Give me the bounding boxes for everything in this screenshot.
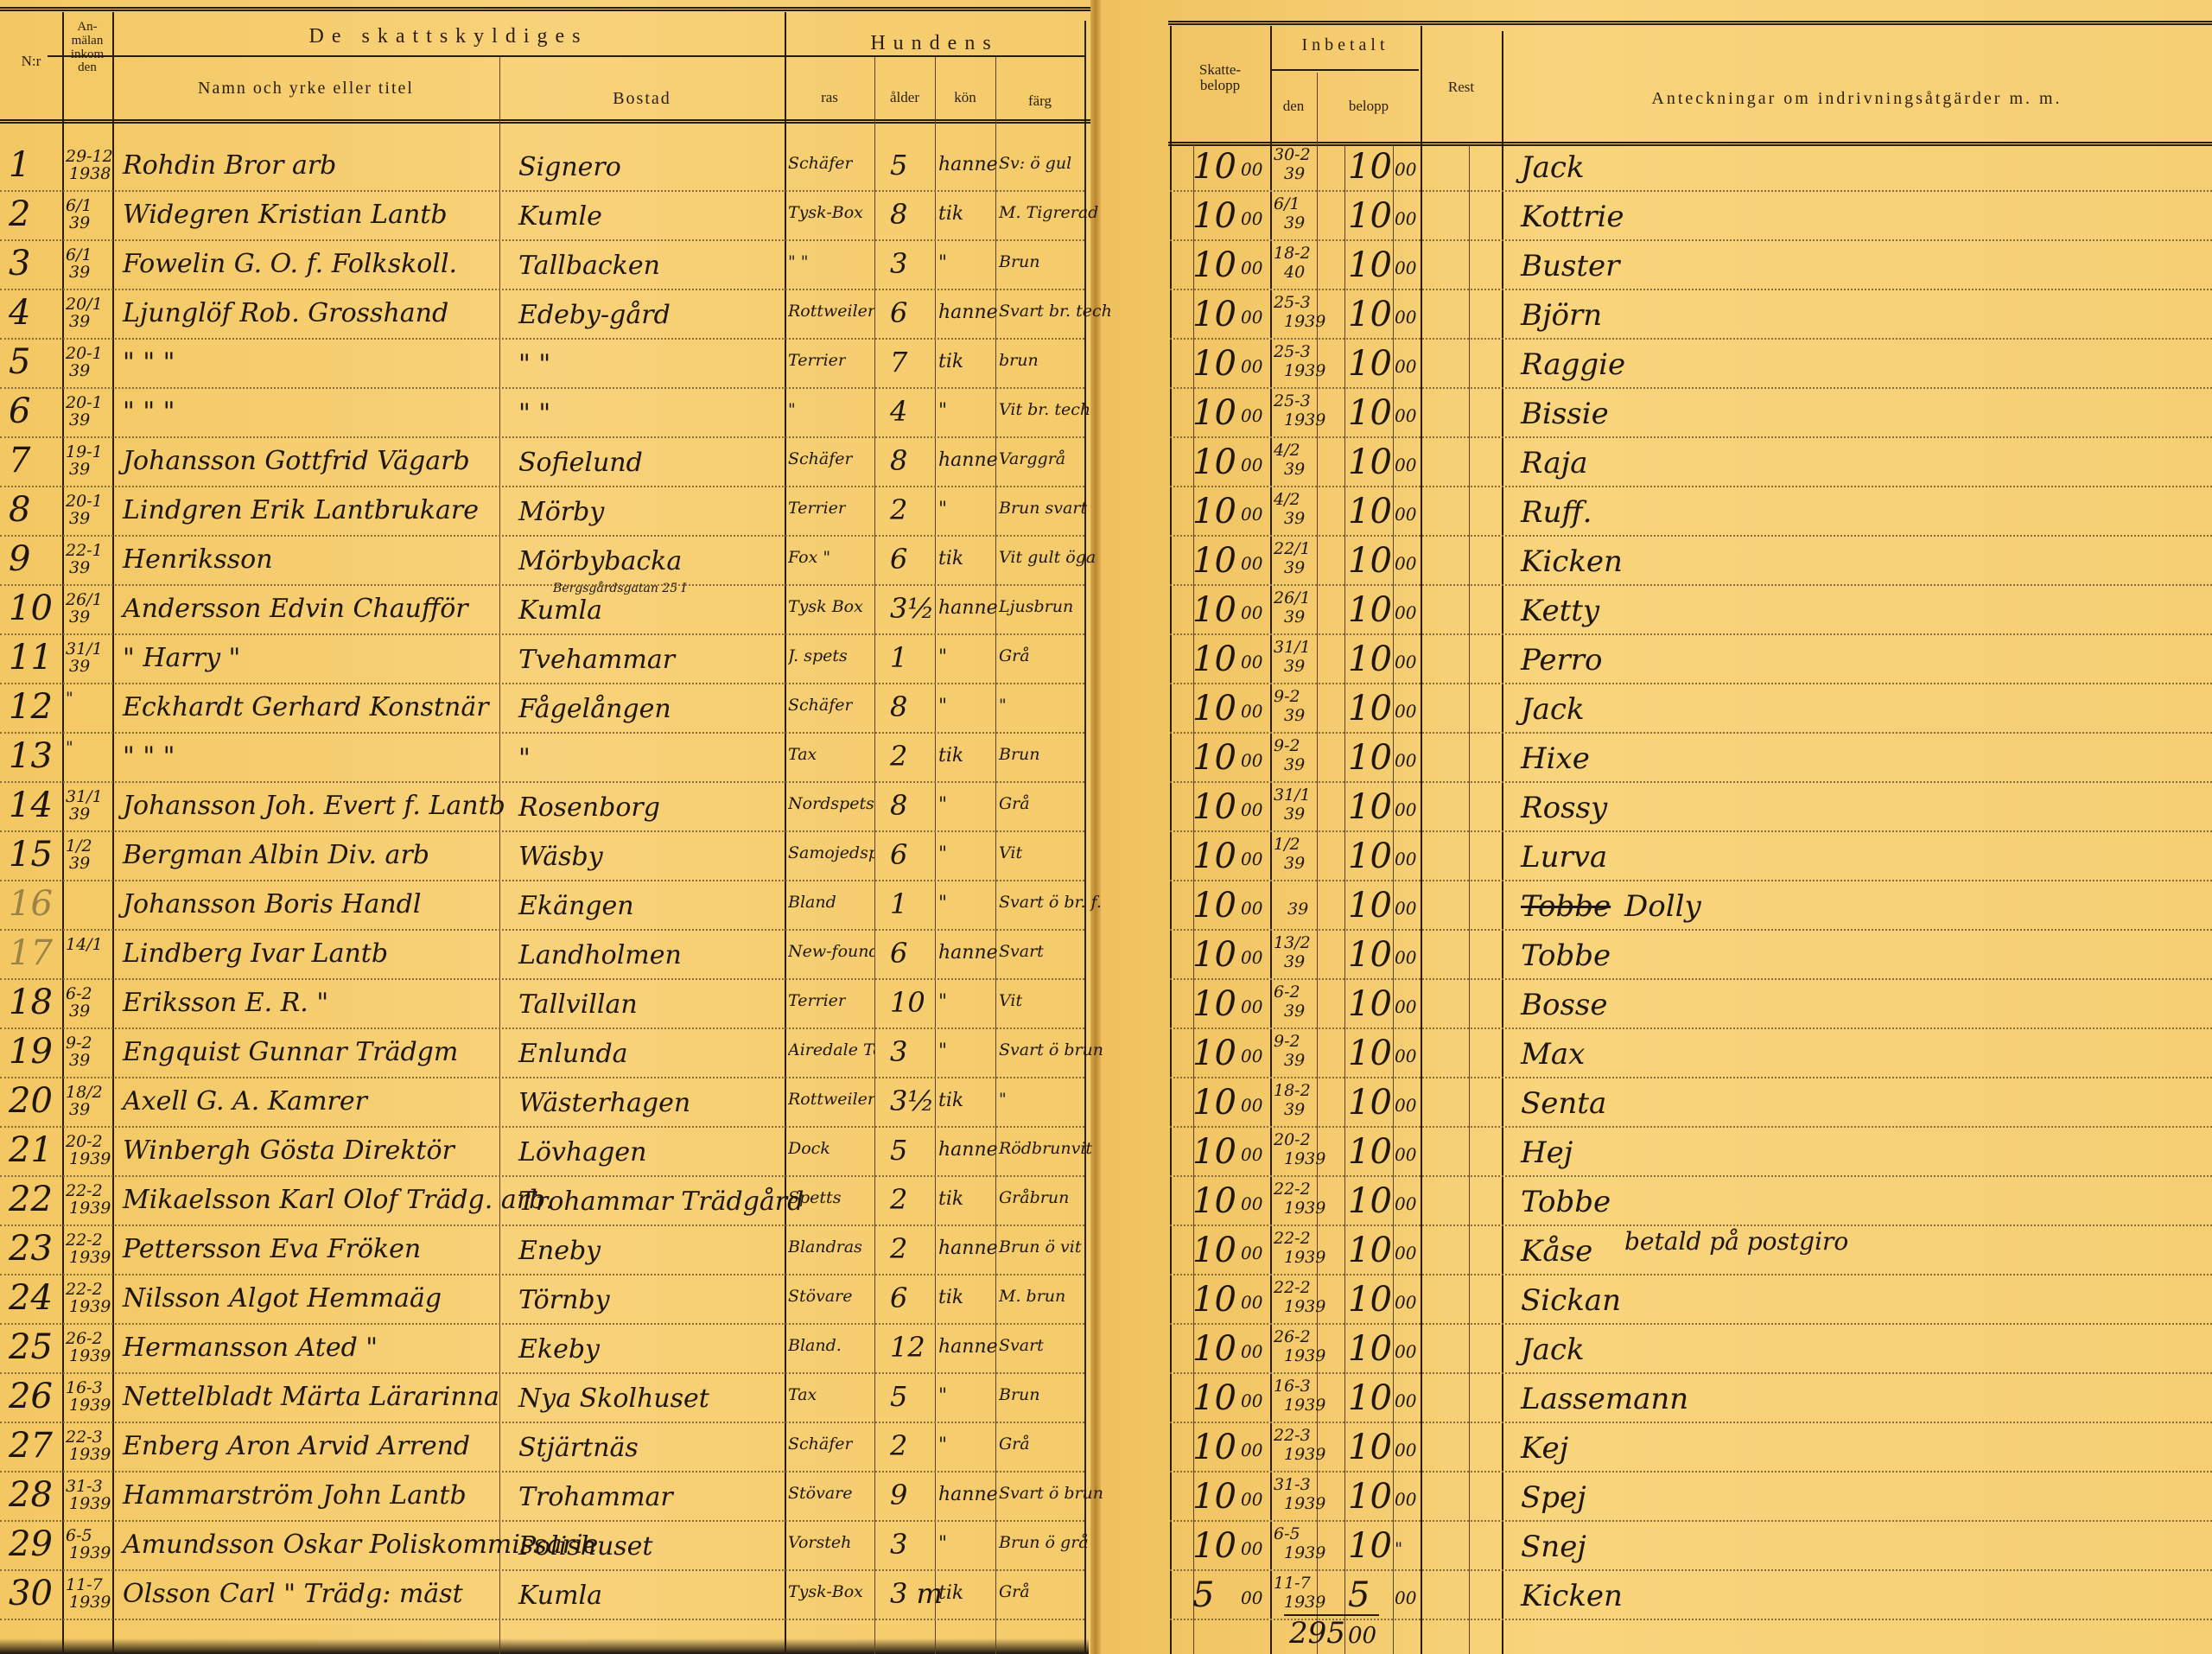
taxpayer-address: Landholmen (518, 940, 682, 970)
paid-ore: 00 (1395, 258, 1416, 278)
dog-breed: Schäfer (788, 1435, 853, 1454)
taxpayer-name: Eriksson E. R. " (123, 988, 328, 1018)
dog-breed: Stövare (788, 1484, 852, 1503)
paid-date: 6/1 (1274, 196, 1300, 213)
header-anmalan: An- mälan inkom den (62, 21, 112, 75)
dog-age: 2 (890, 493, 907, 526)
header-bottom-rule (0, 119, 1090, 124)
dog-age: 8 (890, 789, 907, 822)
tax-kr: 10 (1192, 1280, 1236, 1320)
dog-color: " (999, 1090, 1007, 1109)
tax-kr: 10 (1192, 1034, 1236, 1073)
dog-sex: tik (938, 745, 963, 767)
row-rule (0, 1569, 1084, 1571)
entry-number: 1 (9, 145, 30, 185)
tax-ore: 00 (1241, 652, 1262, 672)
entry-date: 26-2 (66, 1331, 103, 1347)
entry-date: 20/1 (66, 296, 103, 313)
col-divider (1421, 26, 1422, 1654)
header-taxpayer-group: De skattskyldiges (112, 26, 785, 48)
dog-color: Gråbrun (999, 1188, 1069, 1207)
dog-color: Grå (999, 1435, 1030, 1454)
row-rule (0, 436, 1084, 438)
paid-date-year: 1939 (1284, 1200, 1325, 1217)
entry-date-year: 1938 (69, 166, 111, 182)
paid-date-year: 1939 (1284, 1545, 1325, 1562)
entry-date-year: 39 (69, 560, 90, 576)
row-rule (1170, 732, 2212, 734)
tax-ore: 00 (1241, 1144, 1262, 1165)
paid-date-year: 39 (1284, 708, 1305, 724)
entry-number: 21 (9, 1130, 53, 1170)
taxpayer-address: Sofielund (518, 448, 643, 478)
paid-kr: 10 (1348, 1526, 1392, 1566)
paid-ore: 00 (1395, 898, 1416, 919)
taxpayer-name: Nilsson Algot Hemmaäg (123, 1283, 442, 1314)
entry-date-year: 39 (69, 806, 90, 823)
row-rule (1170, 289, 2212, 290)
taxpayer-name: Engquist Gunnar Trädgm (123, 1037, 458, 1067)
col-divider (62, 12, 64, 1654)
taxpayer-address: " (518, 743, 531, 773)
dog-sex: hanne (938, 1139, 998, 1161)
paid-ore: 00 (1395, 1489, 1416, 1510)
col-divider (1393, 145, 1394, 1654)
paid-date-year: 39 (1284, 461, 1305, 478)
entry-date-year: 1939 (69, 1250, 111, 1266)
paid-kr: 10 (1348, 639, 1392, 679)
entry-number: 23 (9, 1229, 53, 1269)
tax-ore: 00 (1241, 1046, 1262, 1066)
paid-ore: 00 (1395, 455, 1416, 475)
taxpayer-address: Signero (518, 152, 621, 182)
dog-sex: tik (938, 548, 963, 569)
taxpayer-name: Winbergh Gösta Direktör (123, 1136, 454, 1166)
entry-date: 16-3 (66, 1380, 103, 1396)
row-rule (1170, 1520, 2212, 1522)
col-divider (1084, 21, 1086, 1654)
paid-kr: 10 (1348, 738, 1392, 778)
tax-ore: 00 (1241, 553, 1262, 574)
tax-ore: 00 (1241, 504, 1262, 525)
taxpayer-name: Johansson Joh. Evert f. Lantb (123, 791, 505, 821)
col-divider (1270, 26, 1272, 1654)
paid-ore: 00 (1395, 159, 1416, 180)
col-divider (785, 12, 786, 1654)
dog-breed: Schäfer (788, 449, 853, 468)
row-rule (1170, 239, 2212, 241)
paid-kr: 10 (1348, 344, 1392, 384)
row-rule (0, 239, 1084, 241)
paid-date: 16-3 (1274, 1378, 1311, 1395)
dog-name: Max (1521, 1037, 1585, 1072)
tax-kr: 10 (1192, 639, 1236, 679)
header-mid-rule (48, 55, 1084, 57)
dog-breed: Schäfer (788, 154, 853, 173)
paid-date: 22/1 (1274, 541, 1311, 557)
row-rule (1170, 1422, 2212, 1423)
dog-name: Hej (1521, 1136, 1573, 1170)
entry-date-year: 1939 (69, 1545, 111, 1562)
dog-breed: Bland. (788, 1336, 842, 1355)
tax-kr: 10 (1192, 1132, 1236, 1172)
paid-date: 30-2 (1274, 147, 1311, 163)
taxpayer-address: Ekeby (518, 1334, 600, 1365)
paid-date-year: 1939 (1284, 1594, 1325, 1611)
paid-date-year: 39 (1284, 511, 1305, 527)
taxpayer-name: Hammarström John Lantb (123, 1480, 467, 1511)
dog-name: Perro (1521, 643, 1602, 678)
dog-age: 8 (890, 690, 907, 723)
paid-date-year: 39 (1284, 1102, 1305, 1118)
dog-sex: " (938, 843, 947, 865)
tax-kr: 10 (1192, 147, 1236, 187)
dog-color: Grå (999, 794, 1030, 813)
tax-ore: 00 (1241, 1243, 1262, 1263)
tax-kr: 10 (1192, 787, 1236, 827)
tax-ore: 00 (1241, 701, 1262, 722)
dog-sex: " (938, 696, 947, 717)
row-rule (1170, 1027, 2212, 1029)
tax-ore: 00 (1241, 996, 1262, 1017)
paid-ore: 00 (1395, 652, 1416, 672)
row-rule (1170, 683, 2212, 684)
entry-date: 6-5 (66, 1528, 92, 1544)
tax-kr: 10 (1192, 393, 1236, 433)
row-rule (0, 387, 1084, 389)
tax-kr: 10 (1192, 196, 1236, 236)
taxpayer-name: " Harry " (123, 643, 240, 673)
taxpayer-name: Henriksson (123, 544, 273, 575)
entry-date-year: 1939 (69, 1299, 111, 1315)
paid-date: 31/1 (1274, 639, 1311, 656)
dog-name: Kicken (1521, 544, 1623, 579)
header-dog-group: Hundens (785, 33, 1084, 54)
entry-number: 20 (9, 1081, 53, 1121)
dog-age: 6 (890, 296, 907, 329)
taxpayer-address: Lövhagen (518, 1137, 646, 1167)
book-edge-shadow (0, 1638, 1089, 1654)
entry-date: 6/1 (66, 247, 92, 264)
dog-color: Svart ö br. f. (999, 893, 1102, 912)
taxpayer-address: Ekängen (518, 891, 634, 921)
header-paid-date: den (1270, 99, 1317, 114)
dog-sex: hanne (938, 1336, 998, 1358)
entry-date-year: 39 (69, 511, 90, 527)
entry-date: 20-1 (66, 346, 103, 362)
dog-age: 3 (890, 1528, 907, 1561)
paid-date-year: 39 (1284, 1003, 1305, 1020)
row-rule (0, 1520, 1084, 1522)
paid-kr: 10 (1348, 590, 1392, 630)
entry-date: 31/1 (66, 641, 103, 658)
dog-color: Grå (999, 1582, 1030, 1601)
dog-name: Hixe (1521, 741, 1590, 776)
paid-date: 22-2 (1274, 1181, 1311, 1198)
dog-breed: Schäfer (788, 696, 853, 715)
paid-kr: 10 (1348, 393, 1392, 433)
row-rule (0, 1619, 1084, 1620)
taxpayer-address: Stjärtnäs (518, 1433, 639, 1463)
dog-breed: J. spets (788, 646, 848, 665)
dog-age: 9 (890, 1479, 907, 1511)
row-rule (1170, 929, 2212, 931)
entry-number: 2 (9, 194, 30, 234)
dog-color: Brun (999, 1385, 1040, 1404)
dog-age: 6 (890, 838, 907, 871)
paid-kr: 10 (1348, 295, 1392, 334)
entry-date: 14/1 (66, 937, 103, 953)
taxpayer-name: Rohdin Bror arb (123, 150, 336, 181)
entry-date: 29-12 (66, 149, 113, 165)
tax-ore: 00 (1241, 1292, 1262, 1313)
dog-sex: hanne (938, 449, 998, 471)
dog-age: 4 (890, 395, 907, 428)
row-rule (1170, 1274, 2212, 1275)
dog-breed: Dock (788, 1139, 830, 1158)
tax-kr: 10 (1192, 1181, 1236, 1221)
header-name: Namn och yrke eller titel (112, 80, 499, 98)
dog-sex: hanne (938, 154, 998, 175)
tax-ore: 00 (1241, 405, 1262, 426)
header-paid-amount: belopp (1317, 99, 1421, 114)
tax-ore: 00 (1241, 1095, 1262, 1116)
paid-kr: 10 (1348, 147, 1392, 187)
dog-name: Tobbe (1521, 1185, 1611, 1219)
row-rule (1170, 1323, 2212, 1325)
tax-ore: 00 (1241, 750, 1262, 771)
tax-kr: 10 (1192, 492, 1236, 531)
tax-kr: 10 (1192, 886, 1236, 926)
taxpayer-name: Pettersson Eva Fröken (123, 1234, 421, 1264)
paid-kr: 10 (1348, 245, 1392, 285)
dog-name: Kåse (1521, 1234, 1592, 1269)
taxpayer-address: Kumle (518, 201, 602, 232)
dog-color: Sv: ö gul (999, 154, 1071, 173)
entry-date-year: 1939 (69, 1200, 111, 1217)
paid-ore: 00 (1395, 1095, 1416, 1116)
row-rule (0, 1471, 1084, 1473)
dog-color: M. brun (999, 1287, 1065, 1306)
entry-number: 29 (9, 1524, 53, 1564)
paid-ore: 00 (1395, 1341, 1416, 1362)
dog-name: Jack (1521, 150, 1585, 185)
taxpayer-address: Törnby (518, 1285, 610, 1315)
entry-date-year: 1939 (69, 1447, 111, 1463)
row-rule (0, 1323, 1084, 1325)
entry-number: 22 (9, 1180, 53, 1219)
taxpayer-name: Mikaelsson Karl Olof Trädg. arb. (123, 1185, 554, 1215)
header-top-rule (1168, 21, 2212, 25)
dog-sex: " (938, 646, 947, 668)
entry-date: 22-2 (66, 1232, 103, 1249)
entry-date-year: 39 (69, 264, 90, 281)
tax-ore: 00 (1241, 1538, 1262, 1559)
paid-kr: 10 (1348, 935, 1392, 975)
payment-note: betald på postgiro (1624, 1227, 1848, 1256)
dog-breed: Blandras (788, 1237, 862, 1256)
dog-name: Tobbe (1521, 938, 1611, 973)
dog-sex: " (938, 400, 947, 422)
paid-date: 4/2 (1274, 492, 1300, 508)
taxpayer-address: Edeby-gård (518, 300, 671, 330)
dog-color: Vit gult öga (999, 548, 1096, 567)
dog-sex: " (938, 252, 947, 274)
entry-date: 9-2 (66, 1035, 92, 1052)
dog-name: Jack (1521, 692, 1585, 727)
dog-color: Brun svart (999, 499, 1087, 518)
row-rule (0, 830, 1084, 832)
dog-age: 3½ (890, 592, 934, 625)
paid-date-year: 1939 (1284, 1348, 1325, 1365)
paid-date-year: 40 (1284, 264, 1305, 281)
paid-kr: 10 (1348, 689, 1392, 728)
paid-date: 26-2 (1274, 1329, 1311, 1345)
entry-number: 6 (9, 391, 30, 431)
entry-date: 31-3 (66, 1479, 103, 1495)
paid-date-year: 1939 (1284, 1151, 1325, 1167)
tax-ore: 00 (1241, 602, 1262, 623)
tax-ore: 00 (1241, 208, 1262, 229)
dog-name-struck: Tobbe (1521, 889, 1611, 924)
paid-date-year: 39 (1284, 658, 1305, 675)
entry-date: 26/1 (66, 592, 103, 608)
paid-date-year: 1939 (1284, 1397, 1325, 1414)
paid-date-year: 39 (1284, 1053, 1305, 1069)
header-tax-amount: Skatte- belopp (1170, 62, 1270, 93)
row-rule (1170, 880, 2212, 881)
taxpayer-name: Fowelin G. O. f. Folkskoll. (123, 249, 457, 279)
header-breed: ras (785, 90, 874, 105)
dog-color: Vit (999, 991, 1022, 1010)
tax-ore: 00 (1241, 307, 1262, 328)
entry-date-year: 39 (69, 1053, 90, 1069)
dog-age: 1 (890, 887, 907, 920)
header-color: färg (995, 93, 1084, 109)
dog-age: 3 (890, 247, 907, 280)
tax-ore: 00 (1241, 849, 1262, 869)
paid-date: 18-2 (1274, 245, 1311, 262)
taxpayer-name: Andersson Edvin Chaufför (123, 594, 468, 624)
paid-date: 4/2 (1274, 442, 1300, 459)
row-rule (0, 1422, 1084, 1423)
dog-sex: tik (938, 1582, 963, 1604)
entry-number: 11 (9, 638, 53, 678)
row-rule (1170, 1225, 2212, 1226)
header-address: Bostad (499, 90, 785, 108)
dog-color: Svart br. tech (999, 302, 1112, 321)
dog-age: 3½ (890, 1085, 934, 1117)
total-ore: 00 (1348, 1623, 1376, 1649)
row-rule (0, 289, 1084, 290)
tax-ore: 00 (1241, 947, 1262, 968)
paid-date-year: 39 (1284, 609, 1305, 626)
entry-number: 10 (9, 588, 53, 628)
paid-date: 11-7 (1274, 1575, 1311, 1592)
dog-name: Bosse (1521, 988, 1607, 1022)
paid-kr: 5 (1348, 1575, 1370, 1615)
dog-color: Brun (999, 745, 1040, 764)
dog-name: Ketty (1521, 594, 1599, 628)
paid-ore: 00 (1395, 1292, 1416, 1313)
paid-ore: 00 (1395, 1144, 1416, 1165)
entry-number: 16 (9, 884, 53, 924)
taxpayer-address: Trohammar (518, 1482, 673, 1512)
dog-sex: " (938, 893, 947, 914)
taxpayer-name: " " " (123, 741, 175, 772)
row-rule (0, 1027, 1084, 1029)
dog-sex: " (938, 1533, 947, 1555)
tax-ore: 00 (1241, 799, 1262, 820)
paid-date-year: 1939 (1284, 412, 1325, 429)
paid-ore: 00 (1395, 504, 1416, 525)
tax-ore: 00 (1241, 258, 1262, 278)
taxpayer-address: Eneby (518, 1236, 601, 1266)
tax-kr: 10 (1192, 1083, 1236, 1123)
taxpayer-name: Lindgren Erik Lantbrukare (123, 495, 479, 525)
paid-date: 9-2 (1274, 738, 1300, 754)
header-sex: kön (935, 90, 995, 105)
dog-name: Ruff. (1521, 495, 1592, 530)
paid-kr: 10 (1348, 541, 1392, 581)
entry-date-year: 39 (69, 314, 90, 330)
paid-kr: 10 (1348, 886, 1392, 926)
dog-sex: tik (938, 351, 963, 372)
taxpayer-address: Kumla (518, 1581, 602, 1611)
paid-date-year: 1939 (1284, 314, 1325, 330)
tax-kr: 10 (1192, 245, 1236, 285)
dog-name: Dolly (1624, 889, 1701, 924)
dog-sex: " (938, 794, 947, 816)
tax-kr: 10 (1192, 689, 1236, 728)
paid-date: 6-5 (1274, 1526, 1300, 1543)
paid-kr: 10 (1348, 1034, 1392, 1073)
taxpayer-name: Lindberg Ivar Lantb (123, 938, 388, 969)
entry-number: 24 (9, 1278, 53, 1318)
row-rule (1170, 486, 2212, 487)
dog-sex: tik (938, 1188, 963, 1210)
dog-name: Snej (1521, 1530, 1586, 1564)
paid-date: 20-2 (1274, 1132, 1311, 1148)
dog-breed: Tysk-Box (788, 1582, 863, 1601)
entry-number: 26 (9, 1377, 53, 1416)
dog-age: 7 (890, 346, 907, 379)
dog-color: Varggrå (999, 449, 1065, 468)
tax-kr: 10 (1192, 1477, 1236, 1517)
entry-date-year: 1939 (69, 1594, 111, 1611)
dog-name: Kicken (1521, 1579, 1623, 1613)
entry-date: 1/2 (66, 838, 92, 855)
entry-number: 17 (9, 933, 53, 973)
entry-number: 13 (9, 736, 53, 776)
tax-kr: 5 (1192, 1575, 1214, 1615)
dog-age: 10 (890, 986, 925, 1019)
paid-ore: 00 (1395, 996, 1416, 1017)
taxpayer-address: Tvehammar (518, 645, 675, 675)
entry-number: 7 (9, 441, 30, 480)
paid-date-year: 1939 (1284, 1250, 1325, 1266)
dog-breed: Rottweiler (788, 1090, 874, 1109)
entry-number: 14 (9, 786, 53, 825)
dog-color: Grå (999, 646, 1030, 665)
entry-number: 28 (9, 1475, 53, 1515)
entry-date: 20-1 (66, 493, 103, 510)
entry-date-year: 39 (69, 461, 90, 478)
taxpayer-name: Widegren Kristian Lantb (123, 200, 448, 230)
tax-kr: 10 (1192, 541, 1236, 581)
row-rule (0, 978, 1084, 980)
dog-age: 2 (890, 740, 907, 773)
